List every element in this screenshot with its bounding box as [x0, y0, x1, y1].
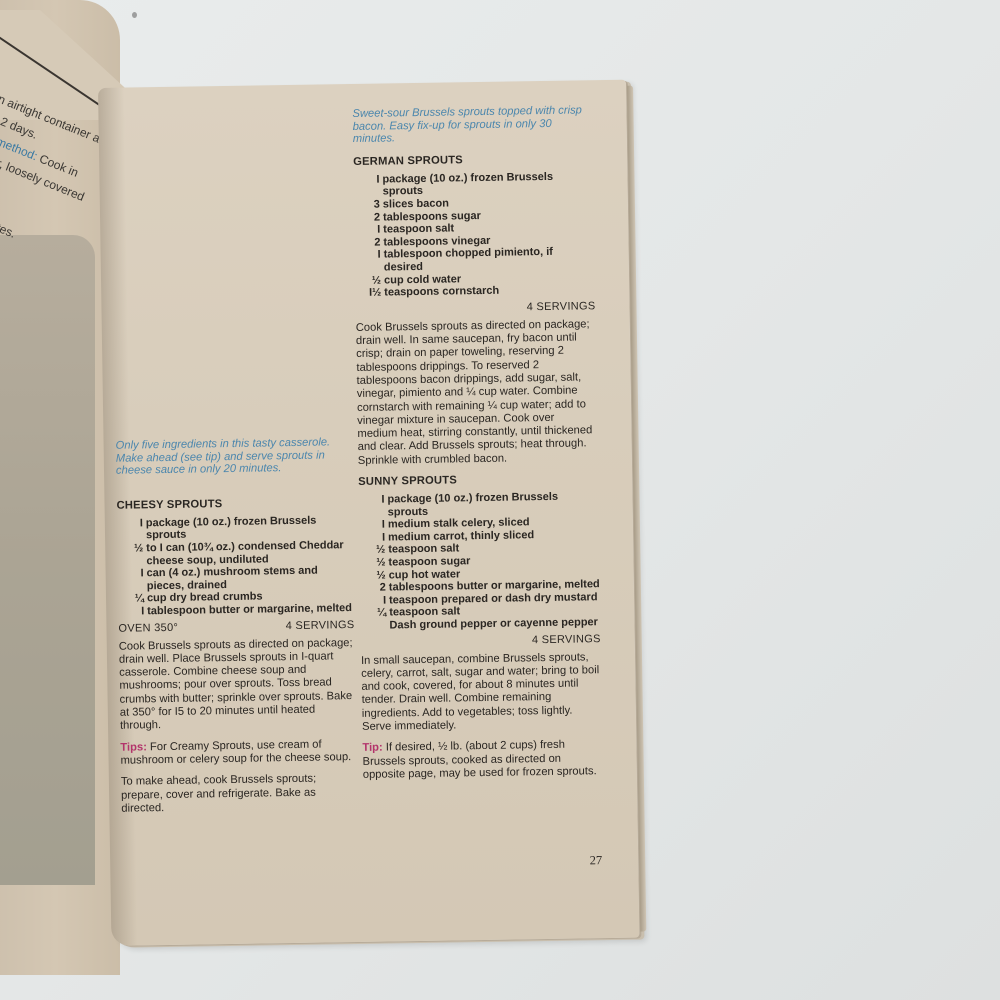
ingredient-qty: ½ — [359, 556, 388, 569]
recipe-title: GERMAN SPROUTS — [353, 152, 593, 168]
servings: 4 SERVINGS — [527, 300, 596, 313]
recipe-method: In small saucepan, combine Brussels spro… — [361, 651, 602, 735]
recipe-meta: 4 SERVINGS — [361, 633, 601, 649]
ingredient: Dash ground pepper or cayenne pepper — [360, 616, 600, 632]
tip-label: Tip: — [362, 742, 382, 754]
photo-scene: in airtight container and to 2 days. nd … — [0, 0, 1000, 1000]
recipe-make-ahead: To make ahead, cook Brussels sprouts; pr… — [121, 772, 358, 816]
ingredient-qty: I — [353, 173, 382, 199]
ingredient-qty: I — [354, 224, 383, 237]
ingredient: ½to I can (10¾ oz.) condensed Cheddar ch… — [117, 539, 353, 568]
ingredient-qty: ½ — [360, 569, 389, 582]
ingredient-item: teaspoons cornstarch — [384, 283, 595, 299]
ingredient-item: tablespoon chopped pimiento, if desired — [384, 246, 595, 274]
ingredient-item: tablespoon butter or margarine, melted — [147, 602, 354, 618]
surface-speck — [132, 12, 137, 18]
ingredient-qty: 2 — [354, 236, 383, 249]
right-page: Only five ingredients in this tasty cass… — [98, 80, 639, 946]
recipe-method: Cook Brussels sprouts as directed on pac… — [356, 318, 598, 468]
ingredient: Itablespoon chopped pimiento, if desired — [355, 246, 595, 275]
ingredient-qty: 3 — [354, 199, 383, 212]
ingredient-qty: I — [359, 531, 388, 544]
right-column: Sweet-sour Brussels sprouts topped with … — [352, 104, 603, 790]
ingredient-item: Dash ground pepper or cayenne pepper — [389, 616, 600, 632]
recipe-meta: 4 SERVINGS — [355, 300, 595, 316]
tip-text: If desired, ½ lb. (about 2 cups) fresh B… — [363, 739, 597, 781]
ingredient-qty: ½ — [355, 274, 384, 287]
ingredient-qty: 2 — [360, 582, 389, 595]
page-number: 27 — [590, 853, 603, 868]
page-edge — [627, 86, 646, 932]
ingredient-qty: ½ — [359, 544, 388, 557]
ingredient-qty: I — [117, 517, 146, 543]
ingredient-list: Ipackage (10 oz.) frozen Brussels sprout… — [358, 490, 600, 632]
ingredient: Ipackage (10 oz.) frozen Brussels sprout… — [358, 490, 598, 519]
tip-label: Tips: — [120, 741, 147, 753]
servings: 4 SERVINGS — [532, 633, 601, 646]
recipe-tip: Tip: If desired, ½ lb. (about 2 cups) fr… — [362, 738, 603, 782]
ingredient-qty — [360, 619, 389, 632]
ingredient-qty: I — [359, 519, 388, 532]
tip-text: For Creamy Sprouts, use cream of mushroo… — [120, 738, 351, 766]
recipe-intro: Sweet-sour Brussels sprouts topped with … — [352, 104, 593, 146]
recipe-meta: OVEN 350° 4 SERVINGS — [118, 619, 354, 635]
ingredient-item: package (10 oz.) frozen Brussels sprouts — [387, 490, 598, 518]
ingredient: Ican (4 oz.) mushroom stems and pieces, … — [118, 564, 354, 593]
ingredient-item: package (10 oz.) frozen Brussels sprouts — [382, 170, 593, 198]
oven-temp: OVEN 350° — [118, 621, 178, 634]
ingredient: Itablespoon butter or margarine, melted — [118, 602, 354, 618]
recipe-german-sprouts: Sweet-sour Brussels sprouts topped with … — [352, 104, 598, 468]
recipe-title: SUNNY SPROUTS — [358, 472, 598, 488]
recipe-method: Cook Brussels sprouts as directed on pac… — [119, 637, 356, 734]
recipe-intro: Only five ingredients in this tasty cass… — [116, 436, 353, 477]
ingredient-qty: ½ — [117, 542, 146, 568]
ingredient-qty: I — [360, 594, 389, 607]
servings: 4 SERVINGS — [286, 619, 355, 632]
recipe-title: CHEESY SPROUTS — [116, 496, 352, 512]
ingredient-list: Ipackage (10 oz.) frozen Brussels sprout… — [353, 170, 595, 300]
ingredient-qty: 2 — [354, 211, 383, 224]
ingredient: I½teaspoons cornstarch — [355, 283, 595, 299]
ingredient-item: to I can (10¾ oz.) condensed Cheddar che… — [146, 539, 353, 567]
recipe-tip: Tips: For Creamy Sprouts, use cream of m… — [120, 738, 356, 768]
recipe-sunny-sprouts: SUNNY SPROUTS Ipackage (10 oz.) frozen B… — [358, 472, 603, 782]
ingredient-qty: I — [118, 605, 147, 618]
left-page-photo — [0, 235, 95, 885]
ingredient-qty: ¼ — [360, 607, 389, 620]
ingredient-qty: I½ — [355, 287, 384, 300]
recipe-cheesy-sprouts: Only five ingredients in this tasty cass… — [116, 436, 358, 824]
ingredient-qty: I — [355, 249, 384, 275]
ingredient-qty: ¼ — [118, 593, 147, 606]
ingredient: Ipackage (10 oz.) frozen Brussels sprout… — [117, 514, 353, 543]
ingredient-item: package (10 oz.) frozen Brussels sprouts — [146, 514, 353, 542]
ingredient-item: can (4 oz.) mushroom stems and pieces, d… — [147, 564, 354, 592]
ingredient-qty: I — [358, 493, 387, 519]
ingredient-list: Ipackage (10 oz.) frozen Brussels sprout… — [117, 514, 355, 618]
ingredient-qty: I — [118, 567, 147, 593]
ingredient: Ipackage (10 oz.) frozen Brussels sprout… — [353, 170, 593, 199]
